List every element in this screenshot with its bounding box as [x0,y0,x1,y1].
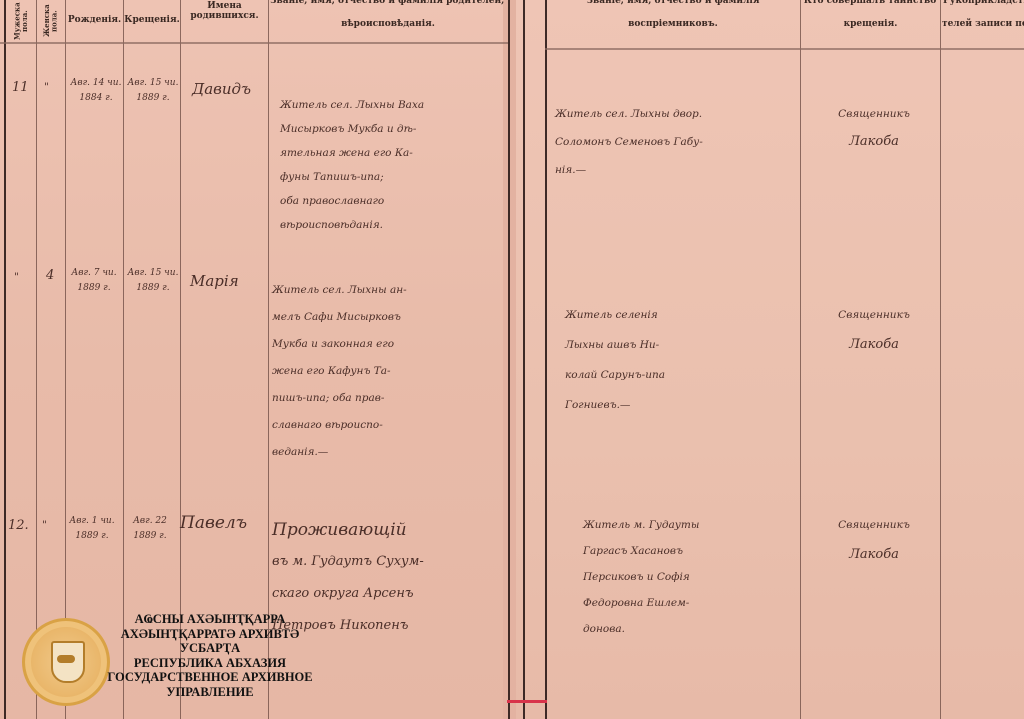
parents-line: ятельная жена его Ка- [280,141,424,165]
parents-line: Мукба и законная его [272,331,407,358]
birth-day: Авг. 1 чи. [64,514,120,529]
priest-title: Священникъ [810,100,938,128]
godparents-line: Федоровна Ешлем- [583,590,699,616]
birth-day: Авг. 14 чи. [70,76,122,91]
parents-line: пишъ-ипа; оба прав- [272,385,407,412]
header-sign-top: Рукоприкладство свидѣ- [943,0,1024,6]
entry-baptism-date: Авг. 22 1889 г. [124,514,176,544]
baptism-day: Авг. 15 чи. [127,266,179,281]
godparents-line: нія.— [555,156,703,184]
column-rule [800,0,801,719]
birth-year: 1884 г. [70,91,122,106]
header-godparents-top: Званіе, имя, отчество и фамилія [548,0,798,6]
header-rule [545,48,1024,50]
priest-title: Священникъ [810,300,938,330]
godparents-line: Житель м. Гудауты [583,512,699,538]
column-rule [940,0,941,719]
entry-child-name: Давидъ [192,80,251,99]
birth-day: Авг. 7 чи. [66,266,122,281]
entry-godparents: Житель селенія Лыхны ашвъ Ни- колай Сару… [565,300,665,420]
godparents-line: донова. [583,616,699,642]
header-birth: Рожденія. [66,0,123,42]
header-baptism: Крещенія. [124,0,180,42]
entry-godparents: Житель сел. Лыхны двор. Соломонъ Семенов… [555,100,703,184]
entry-male-number: 11 [12,78,29,97]
parents-line: жена его Кафунъ Та- [272,358,407,385]
binding-line [508,0,510,719]
watermark-line: АҨСНЫ АХӘЫНҬҚАРРА [104,612,316,627]
column-rule [545,0,547,719]
entry-priest: Священникъ Лакоба [810,510,938,570]
header-godparents: воспріемниковъ. [546,8,800,42]
column-rule [36,0,37,719]
entry-godparents: Житель м. Гудауты Гаргасъ Хасановъ Перси… [583,512,699,642]
entry-baptism-date: Авг. 15 чи. 1889 г. [127,266,179,296]
header-names: Имена родившихся. [181,0,268,44]
entry-female-number: 4 [46,266,54,285]
priest-title: Священникъ [810,510,938,540]
entry-birth-date: Авг. 14 чи. 1884 г. [70,76,122,106]
parents-line: вѣроисповѣданія. [280,213,424,237]
header-priest: крещенія. [801,8,940,42]
parents-line: славнаго вѣроиспо- [272,412,407,439]
header-priest-top: Кто совершалъ таинство [802,0,938,6]
godparents-line: Гогниевъ.— [565,390,665,420]
godparents-line: Соломонъ Семеновъ Габу- [555,128,703,156]
baptism-year: 1889 г. [127,281,179,296]
parents-line: фуны Тапишъ-ипа; [280,165,424,189]
baptism-day: Авг. 22 [124,514,176,529]
entry-child-name: Марія [190,272,239,291]
parents-line: мелъ Сафи Мисырковъ [272,304,407,331]
entry-male-number: " [14,268,19,287]
column-rule [65,0,66,719]
godparents-line: Лыхны ашвъ Ни- [565,330,665,360]
archive-watermark: АҨСНЫ АХӘЫНҬҚАРРА АХӘЫНҬҚАРРАТӘ АРХИВТӘ … [104,612,316,699]
godparents-line: Житель селенія [565,300,665,330]
baptism-year: 1889 г. [127,91,179,106]
watermark-line: АХӘЫНҬҚАРРАТӘ АРХИВТӘ [104,627,316,642]
header-parents: вѣроисповѣданія. [269,8,507,42]
priest-signature: Лакоба [810,330,938,360]
entry-female-number: " [42,516,47,535]
entry-female-number: " [44,78,49,97]
binding-thread-mark [507,700,547,703]
parents-line: въ м. Гудаутъ Сухум- [272,546,424,578]
entry-male-number: 12. [8,516,29,535]
godparents-line: колай Сарунъ-ипа [565,360,665,390]
parents-line: Проживающій [272,514,424,546]
entry-birth-date: Авг. 1 чи. 1889 г. [64,514,120,544]
parents-line: Житель сел. Лыхны ан- [272,277,407,304]
birth-year: 1889 г. [66,281,122,296]
godparents-line: Персиковъ и Софія [583,564,699,590]
parents-line: Мисырковъ Мукба и дѣ- [280,117,424,141]
priest-signature: Лакоба [810,128,938,156]
watermark-line: ГОСУДАРСТВЕННОЕ АРХИВНОЕ [104,670,316,685]
birth-year: 1889 г. [64,529,120,544]
entry-birth-date: Авг. 7 чи. 1889 г. [66,266,122,296]
godparents-line: Житель сел. Лыхны двор. [555,100,703,128]
entry-parents: Житель сел. Лыхны ан- мелъ Сафи Мисырков… [272,277,407,466]
parents-line: скаго округа Арсенъ [272,578,424,610]
header-male: Мужеска пола. [8,0,34,42]
baptism-year: 1889 г. [124,529,176,544]
binding-line [523,0,525,719]
entry-baptism-date: Авг. 15 чи. 1889 г. [127,76,179,106]
entry-priest: Священникъ Лакоба [810,100,938,156]
priest-signature: Лакоба [810,540,938,570]
parents-line: оба православнаго [280,189,424,213]
watermark-line: РЕСПУБЛИКА АБХАЗИЯ [104,656,316,671]
godparents-line: Гаргасъ Хасановъ [583,538,699,564]
watermark-line: УСБАРҬА [104,641,316,656]
watermark-line: УПРАВЛЕНИЕ [104,685,316,700]
entry-parents: Житель сел. Лыхны Ваха Мисырковъ Мукба и… [280,93,424,237]
entry-priest: Священникъ Лакоба [810,300,938,360]
header-female: Женска пола. [37,0,64,42]
page-edge-line [4,0,6,719]
coat-of-arms-seal-icon [22,618,110,706]
parents-line: веданія.— [272,439,407,466]
entry-child-name: Павелъ [180,514,247,533]
header-sign: телей записи по же [942,8,1024,42]
header-parents-top: Званіе, имя, отчество и фамилія родителе… [270,0,506,6]
parents-line: Житель сел. Лыхны Ваха [280,93,424,117]
baptism-day: Авг. 15 чи. [127,76,179,91]
horse-rider-icon [57,655,75,663]
